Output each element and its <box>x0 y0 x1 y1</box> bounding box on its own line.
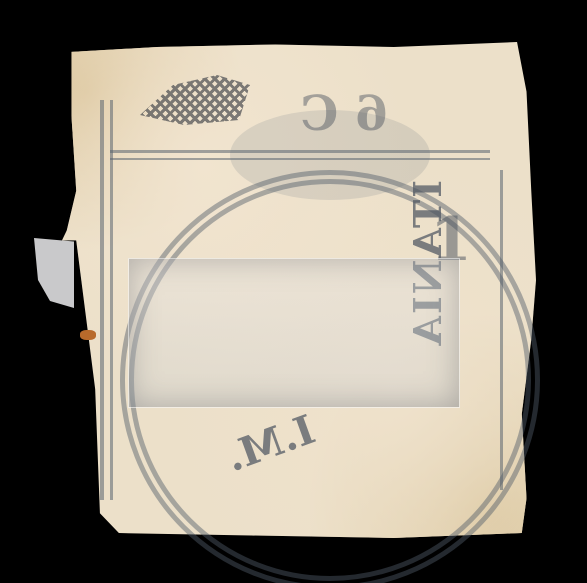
torn-paper-tab <box>34 238 74 308</box>
mirrored-value-text: 6 C <box>300 86 388 142</box>
hinge-tape <box>128 258 460 408</box>
frame-line <box>110 158 490 160</box>
rust-spot <box>80 330 96 340</box>
frame-line <box>100 100 104 500</box>
frame-line <box>110 100 113 500</box>
stamp-photo: 6 C 1 ITANIA I.M. <box>0 0 587 583</box>
frame-line <box>110 150 490 153</box>
